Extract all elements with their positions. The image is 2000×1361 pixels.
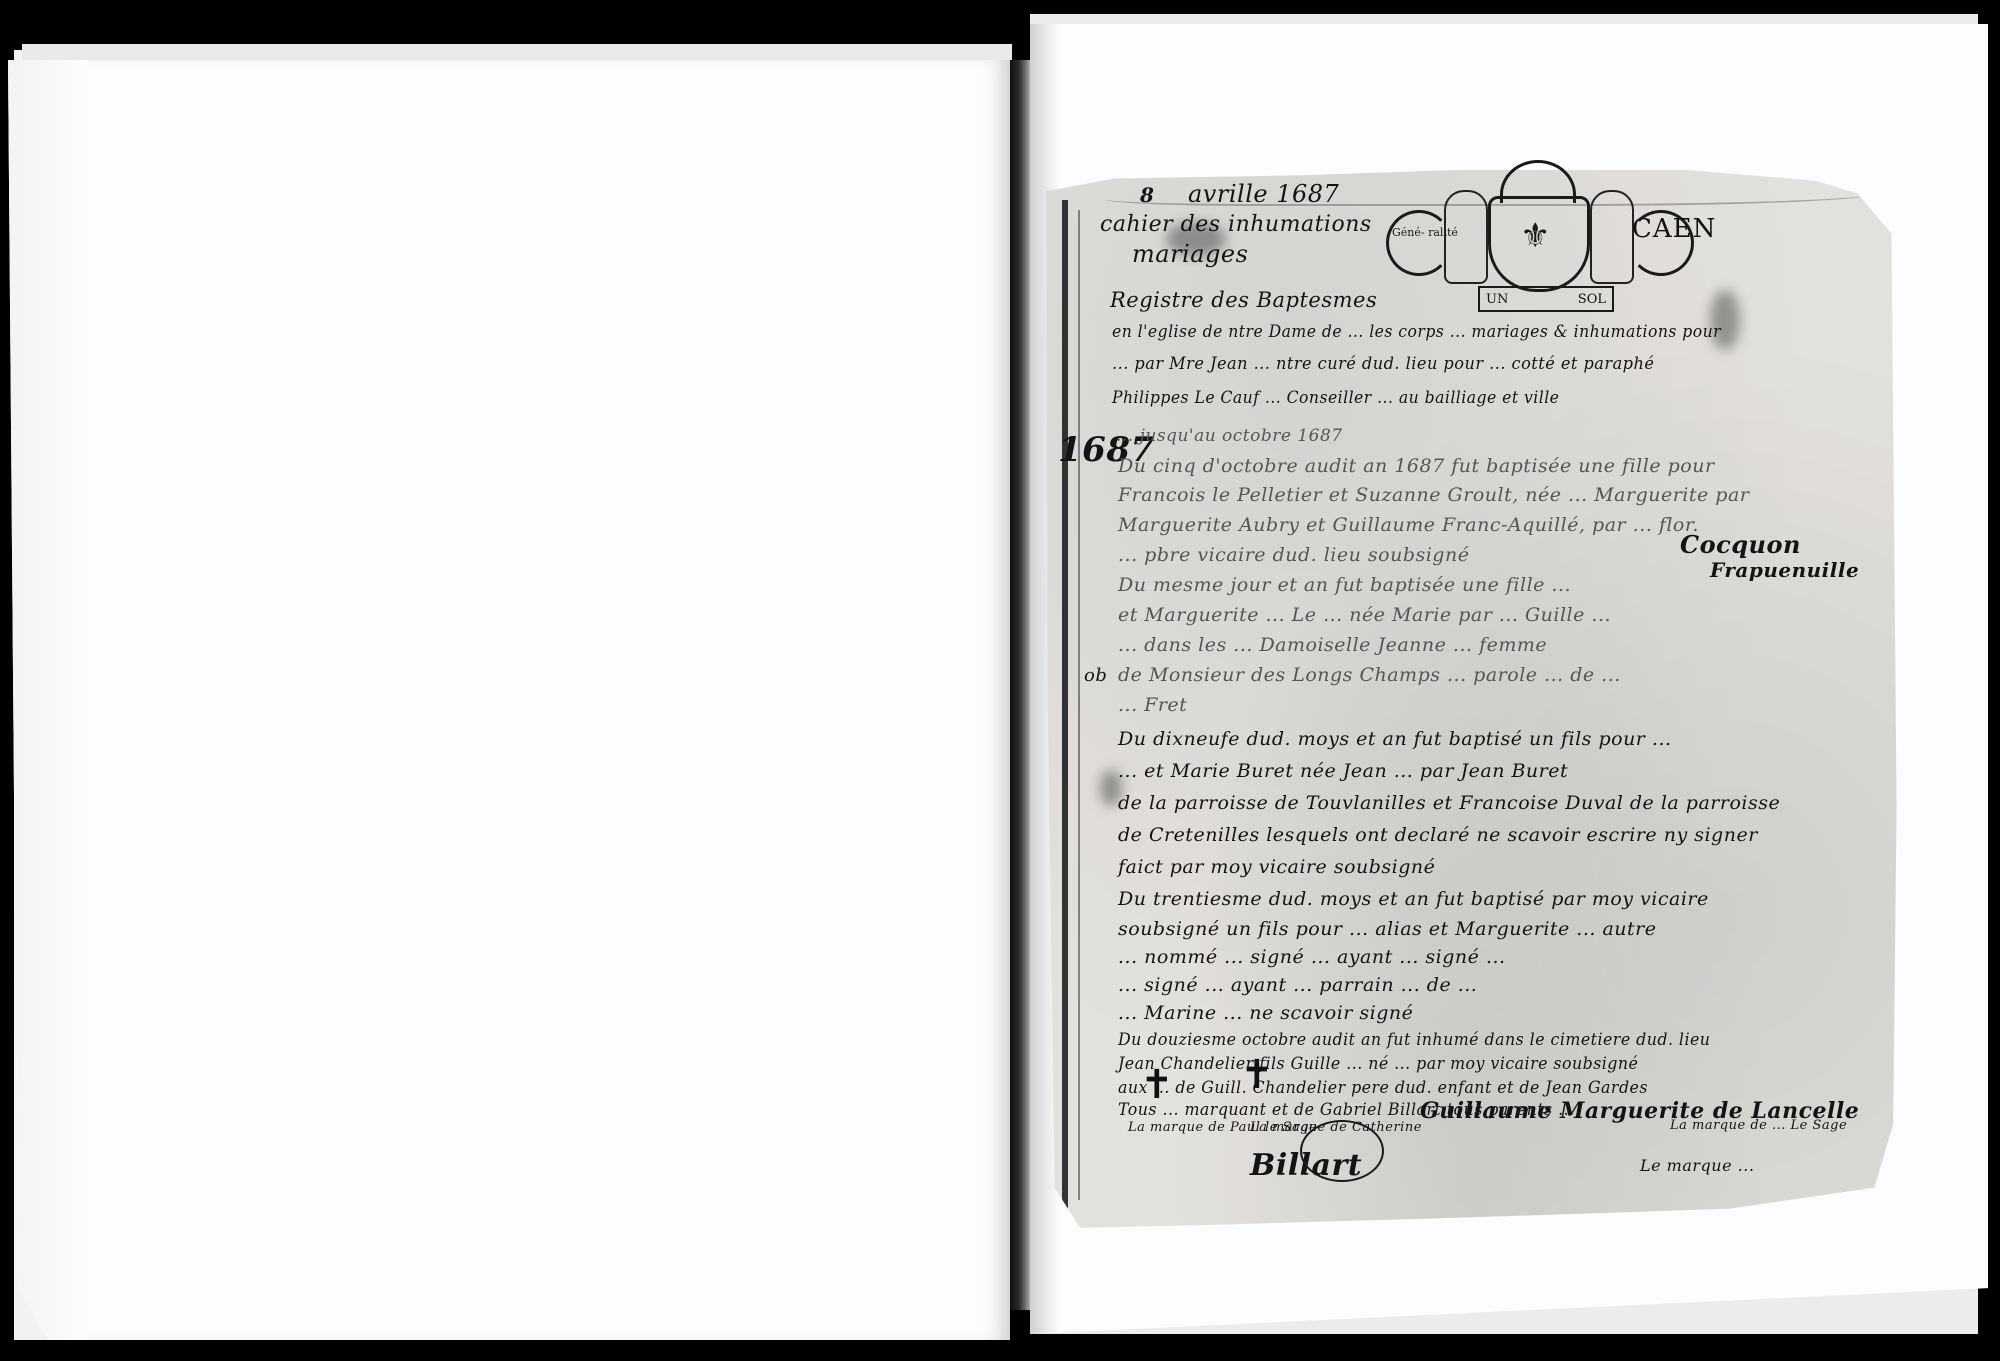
manuscript-line: faict par moy vicaire soubsigné bbox=[1118, 856, 1435, 878]
manuscript-line: ... nommé ... signé ... ayant ... signé … bbox=[1118, 946, 1506, 968]
tax-stamp-generalite-caen: ⚜ Géné- ralité CAEN UN SOL bbox=[1378, 160, 1698, 320]
manuscript-line: ... Marine ... ne scavoir signé bbox=[1118, 1002, 1413, 1024]
left-page-edge bbox=[8, 60, 88, 1340]
signature-mark: Le marque ... bbox=[1640, 1156, 1754, 1175]
cross-mark-icon: ✝ bbox=[1140, 1062, 1174, 1108]
signature-mark: La marque de ... Le Sage bbox=[1670, 1118, 1847, 1133]
margin-note-ob: ob bbox=[1084, 665, 1107, 686]
folio-mark: 8 bbox=[1140, 183, 1154, 207]
stamp-banner-left: UN bbox=[1486, 292, 1508, 307]
manuscript-line: de Cretenilles lesquels ont declaré ne s… bbox=[1118, 824, 1758, 846]
header-inhumations: cahier des inhumations bbox=[1100, 212, 1372, 237]
stamp-banner-right: SOL bbox=[1578, 292, 1606, 307]
manuscript-line: aux ... de Guill. Chandelier pere dud. e… bbox=[1118, 1078, 1648, 1098]
manuscript-line: Du cinq d'octobre audit an 1687 fut bapt… bbox=[1118, 455, 1715, 477]
manuscript-line: Marguerite Aubry et Guillaume Franc-Aqui… bbox=[1118, 514, 1699, 536]
scroll-left-icon bbox=[1386, 210, 1452, 276]
manuscript-line: ... dans les ... Damoiselle Jeanne ... f… bbox=[1118, 634, 1547, 656]
manuscript-line: soubsigné un fils pour ... alias et Marg… bbox=[1118, 918, 1657, 940]
manuscript-line: ... pbre vicaire dud. lieu soubsigné bbox=[1118, 544, 1469, 566]
signature-paraph-icon bbox=[1300, 1120, 1384, 1182]
manuscript-line: ... signé ... ayant ... parrain ... de .… bbox=[1118, 974, 1477, 996]
manuscript-line: ... Fret bbox=[1118, 694, 1187, 716]
ink-blot bbox=[1166, 222, 1226, 256]
manuscript-line: Du douziesme octobre audit an fut inhumé… bbox=[1118, 1030, 1710, 1050]
manuscript-line: Philippes Le Cauf ... Conseiller ... au … bbox=[1112, 388, 1559, 408]
manuscript-line: et Marguerite ... Le ... née Marie par .… bbox=[1118, 604, 1611, 626]
manuscript-line: Du mesme jour et an fut baptisée une fil… bbox=[1118, 574, 1571, 596]
manuscript-line: de la parroisse de Touvlanilles et Franc… bbox=[1118, 792, 1780, 814]
header-date: avrille 1687 bbox=[1188, 180, 1339, 208]
stamp-right-label: CAEN bbox=[1632, 214, 1716, 244]
manuscript-line: Jean Chandelier fils Guille ... né ... p… bbox=[1118, 1054, 1638, 1074]
manuscript-line: de Monsieur des Longs Champs ... parole … bbox=[1118, 664, 1621, 686]
manuscript-line: en l'eglise de ntre Dame de ... les corp… bbox=[1112, 322, 1721, 342]
manuscript-line: Registre des Baptesmes bbox=[1110, 288, 1377, 312]
stamp-left-label: Géné- ralité bbox=[1392, 226, 1458, 239]
manuscript-line: Du dixneufe dud. moys et an fut baptisé … bbox=[1118, 728, 1672, 750]
signature-cocquon: Cocquon bbox=[1680, 530, 1801, 559]
manuscript-line: Francois le Pelletier et Suzanne Groult,… bbox=[1118, 484, 1749, 506]
sheet-margin-rule-thin bbox=[1078, 210, 1080, 1200]
manuscript-line: ... et Marie Buret née Jean ... par Jean… bbox=[1118, 760, 1568, 782]
cross-mark-icon: ✝ bbox=[1240, 1052, 1274, 1098]
signature-frapuenuille: Frapuenuille bbox=[1710, 558, 1859, 582]
sheet-margin-rule bbox=[1062, 200, 1068, 1210]
manuscript-line: Du trentiesme dud. moys et an fut baptis… bbox=[1118, 888, 1709, 910]
left-page-blank bbox=[8, 60, 1010, 1340]
fleur-de-lis-icon: ⚜ bbox=[1520, 216, 1550, 256]
stamp-banner: UN SOL bbox=[1478, 286, 1614, 312]
manuscript-line: ... jusqu'au octobre 1687 bbox=[1116, 426, 1343, 446]
manuscript-line: ... par Mre Jean ... ntre curé dud. lieu… bbox=[1112, 354, 1654, 374]
book-gutter bbox=[1010, 60, 1032, 1310]
